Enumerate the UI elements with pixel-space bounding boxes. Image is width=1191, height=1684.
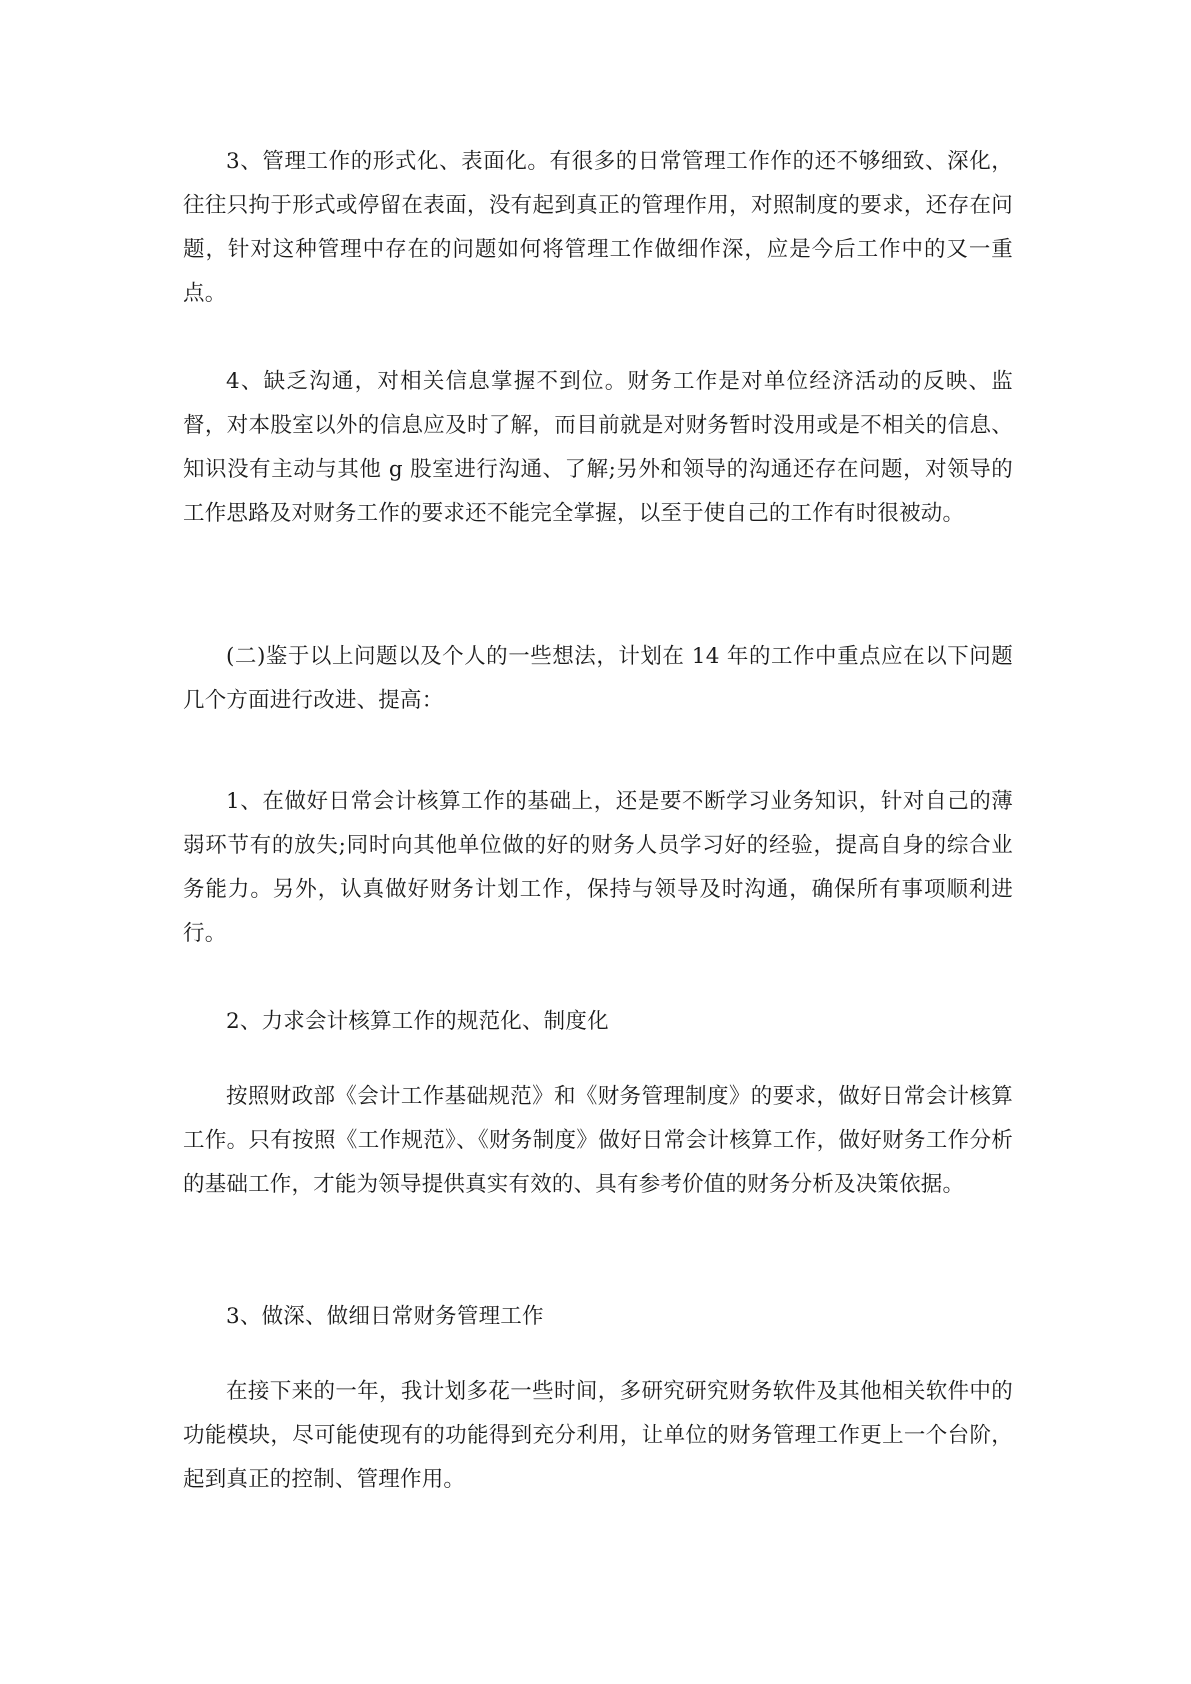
paragraph-problem-3: 3、管理工作的形式化、表面化。有很多的日常管理工作作的还不够细致、深化，往往只拘… [183, 140, 1013, 316]
paragraph-plan-1: 1、在做好日常会计核算工作的基础上，还是要不断学习业务知识，针对自己的薄弱环节有… [183, 780, 1013, 956]
paragraph-section-2-intro: (二)鉴于以上问题以及个人的一些想法，计划在 14 年的工作中重点应在以下问题几… [183, 635, 1013, 723]
heading-plan-3: 3、做深、做细日常财务管理工作 [183, 1295, 544, 1339]
paragraph-problem-4: 4、缺乏沟通，对相关信息掌握不到位。财务工作是对单位经济活动的反映、监督，对本股… [183, 360, 1013, 536]
paragraph-plan-3-body: 在接下来的一年，我计划多花一些时间，多研究研究财务软件及其他相关软件中的功能模块… [183, 1370, 1013, 1502]
heading-plan-2: 2、力求会计核算工作的规范化、制度化 [183, 1000, 609, 1044]
paragraph-plan-2-body: 按照财政部《会计工作基础规范》和《财务管理制度》的要求，做好日常会计核算工作。只… [183, 1075, 1013, 1207]
